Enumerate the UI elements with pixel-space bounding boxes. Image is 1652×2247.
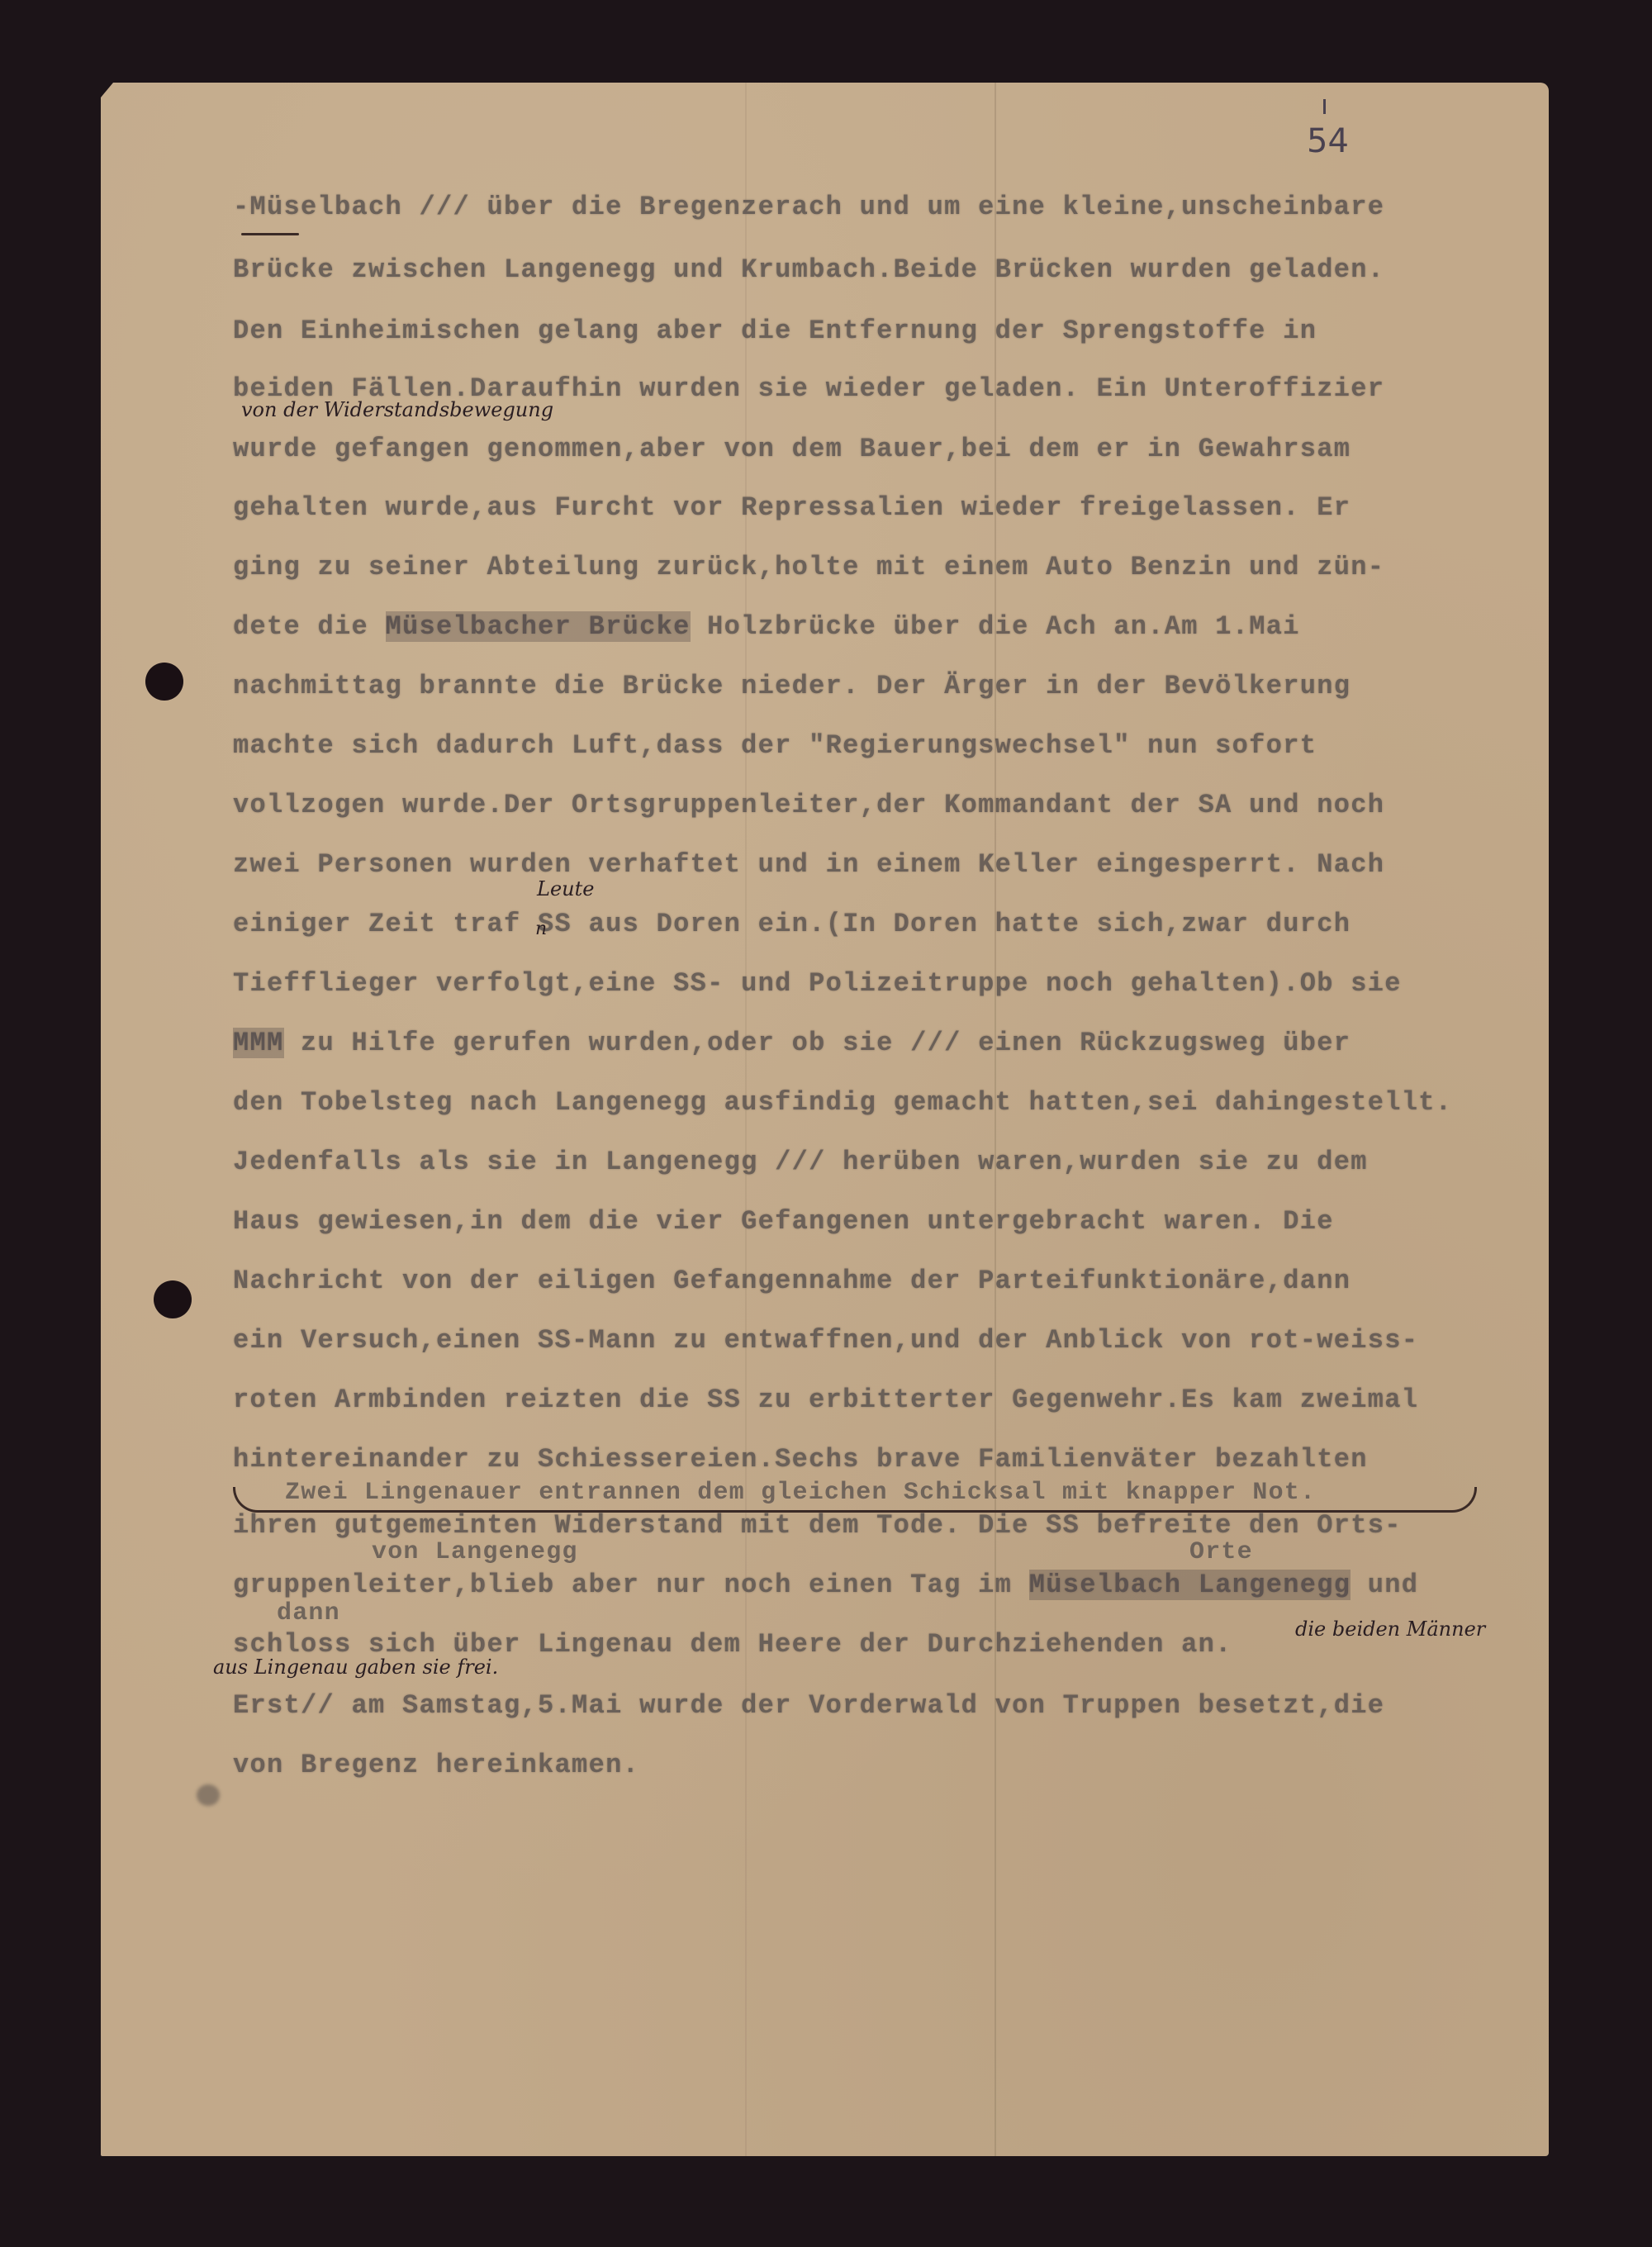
typed-line-21: roten Armbinden reizten die SS zu erbitt… [233, 1385, 1418, 1415]
typed-line-7: ging zu seiner Abteilung zurück,holte mi… [233, 552, 1384, 582]
typed-insertion-von-langenegg: von Langenegg [372, 1538, 578, 1566]
typed-line-5: wurde gefangen genommen,aber von dem Bau… [233, 434, 1351, 464]
typed-line-19: Nachricht von der eiligen Gefangennahme … [233, 1266, 1351, 1296]
typed-line-6: gehalten wurde,aus Furcht vor Repressali… [233, 492, 1351, 523]
line-17-rest: herüben waren,wurden sie zu dem [843, 1147, 1368, 1177]
line-24-im: im [978, 1570, 1012, 1600]
typed-line-22: hintereinander zu Schiessereien.Sechs br… [233, 1444, 1368, 1475]
insertion-brace [233, 1487, 1477, 1513]
handwritten-beiden-maenner: die beiden Männer [1295, 1618, 1485, 1641]
typed-line-27: von Bregenz hereinkamen. [233, 1750, 639, 1780]
pen-underline [241, 233, 299, 235]
line-17-start: Jedenfalls als sie in Langenegg [233, 1147, 758, 1177]
page-number-tick [1323, 99, 1326, 114]
typed-line-26: Erst// am Samstag,5.Mai wurde der Vorder… [233, 1690, 1384, 1721]
struck-text-mmm: MMM [233, 1028, 284, 1058]
page-number: 54 [1307, 122, 1349, 160]
typed-line-10: machte sich dadurch Luft,dass der "Regie… [233, 730, 1317, 761]
typed-line-9: nachmittag brannte die Brücke nieder. De… [233, 671, 1351, 701]
ink-smudge [197, 1784, 220, 1806]
punch-hole-bottom [154, 1280, 192, 1318]
line-15-mid: zu Hilfe gerufen wurden,oder ob sie [301, 1028, 894, 1058]
typed-line-24: gruppenleiter,blieb aber nur noch einen … [233, 1570, 1418, 1600]
typed-line-13: einiger Zeit traf SS aus Doren ein.(In D… [233, 909, 1351, 939]
typed-line-18: Haus gewiesen,in dem die vier Gefangenen… [233, 1206, 1334, 1237]
typed-line-8: dete die Müselbacher Brücke Holzbrücke ü… [233, 611, 1300, 642]
typed-line-17: Jedenfalls als sie in Langenegg /// herü… [233, 1147, 1368, 1177]
cross-out-marks: /// [910, 1028, 961, 1058]
typed-line-11: vollzogen wurde.Der Ortsgruppenleiter,de… [233, 790, 1384, 820]
typed-line-3: Den Einheimischen gelang aber die Entfer… [233, 316, 1317, 346]
typed-line-15: MMM zu Hilfe gerufen wurden,oder ob sie … [233, 1028, 1351, 1058]
line-15-rest: einen Rückzugsweg über [978, 1028, 1351, 1058]
line-8-start: dete die [233, 611, 368, 642]
line-24-start: gruppenleiter,blieb aber nur noch einen … [233, 1570, 961, 1600]
line-8-rest: Holzbrücke über die Ach an.Am 1.Mai [707, 611, 1300, 642]
punch-hole-top [145, 663, 183, 701]
typed-line-23: ihren gutgemeinten Widerstand mit dem To… [233, 1510, 1402, 1541]
typed-line-1: -Müselbach /// über die Bregenzerach und… [233, 192, 1384, 222]
handwritten-lingenau-line: aus Lingenau gaben sie frei. [213, 1656, 498, 1679]
typed-line-14: Tiefflieger verfolgt,eine SS- und Polize… [233, 968, 1402, 999]
typed-insertion-orte: Orte [1189, 1538, 1253, 1566]
cross-out-marks-2: /// [775, 1147, 826, 1177]
struck-text-place: Müselbach Langenegg [1029, 1570, 1351, 1600]
handwritten-n-mark: n [535, 919, 547, 939]
typed-line-2: Brücke zwischen Langenegg und Krumbach.B… [233, 254, 1384, 285]
typed-line-20: ein Versuch,einen SS-Mann zu entwaffnen,… [233, 1325, 1418, 1356]
typed-insertion-dann: dann [277, 1599, 340, 1627]
line-24-end: und [1368, 1570, 1419, 1600]
struck-text-muselbacher: Müselbacher Brücke [386, 611, 691, 642]
handwritten-leute: Leute [537, 877, 594, 900]
typed-line-12: zwei Personen wurden verhaftet und in ei… [233, 849, 1384, 880]
typed-line-16: den Tobelsteg nach Langenegg ausfindig g… [233, 1087, 1452, 1118]
handwritten-widerstand: von der Widerstandsbewegung [241, 398, 553, 421]
